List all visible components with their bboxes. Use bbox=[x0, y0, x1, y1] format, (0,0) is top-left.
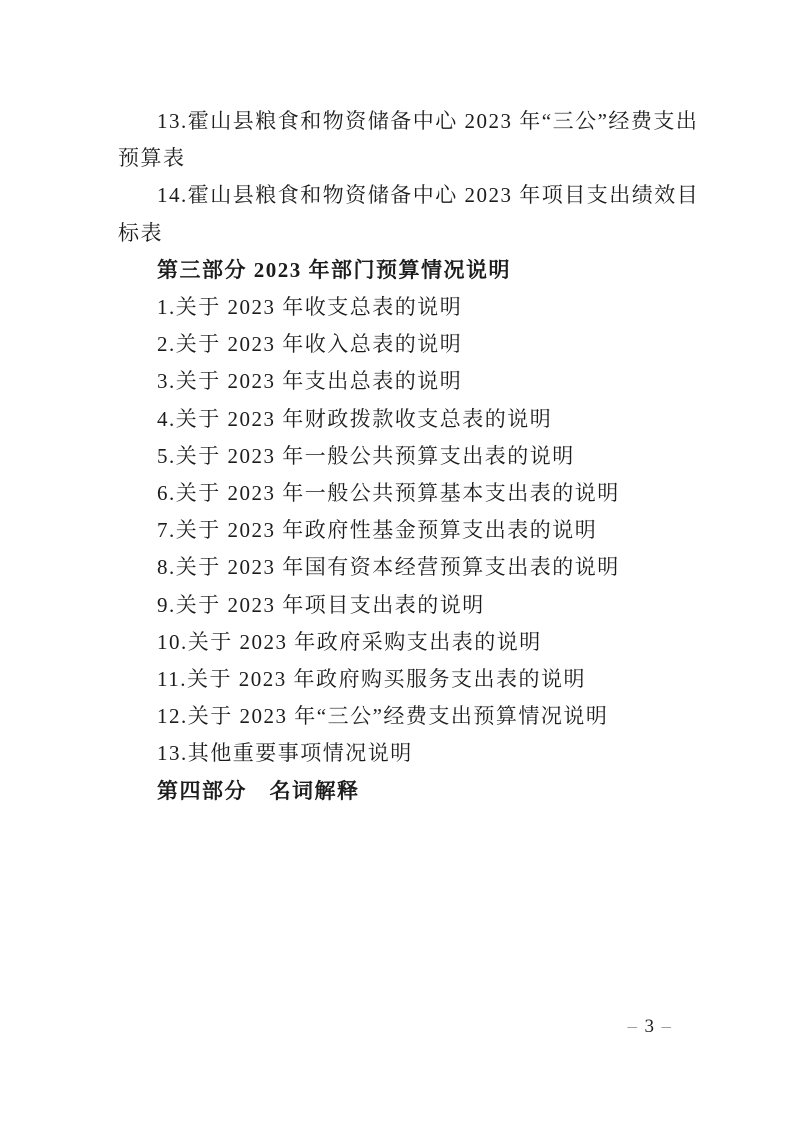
footer-dash-left: – bbox=[628, 1016, 639, 1037]
toc-line: 13.霍山县粮食和物资储备中心 2023 年“三公”经费支出 bbox=[118, 103, 698, 140]
toc-line: 6.关于 2023 年一般公共预算基本支出表的说明 bbox=[118, 475, 698, 512]
toc-line: 14.霍山县粮食和物资储备中心 2023 年项目支出绩效目 bbox=[118, 177, 698, 214]
toc-line: 9.关于 2023 年项目支出表的说明 bbox=[118, 587, 698, 624]
toc-line: 1.关于 2023 年收支总表的说明 bbox=[118, 289, 698, 326]
toc-line: 2.关于 2023 年收入总表的说明 bbox=[118, 326, 698, 363]
toc-line: 10.关于 2023 年政府采购支出表的说明 bbox=[118, 624, 698, 661]
toc-line: 预算表 bbox=[118, 140, 698, 177]
footer-dash-right: – bbox=[662, 1016, 673, 1037]
toc-line: 8.关于 2023 年国有资本经营预算支出表的说明 bbox=[118, 549, 698, 586]
toc-line: 7.关于 2023 年政府性基金预算支出表的说明 bbox=[118, 512, 698, 549]
toc-section-heading: 第四部分 名词解释 bbox=[118, 773, 698, 810]
toc-line: 4.关于 2023 年财政拨款收支总表的说明 bbox=[118, 401, 698, 438]
toc-line: 5.关于 2023 年一般公共预算支出表的说明 bbox=[118, 438, 698, 475]
document-page: 13.霍山县粮食和物资储备中心 2023 年“三公”经费支出预算表14.霍山县粮… bbox=[0, 0, 793, 1122]
toc-line: 12.关于 2023 年“三公”经费支出预算情况说明 bbox=[118, 698, 698, 735]
document-body: 13.霍山县粮食和物资储备中心 2023 年“三公”经费支出预算表14.霍山县粮… bbox=[118, 103, 698, 810]
page-footer: –3– bbox=[600, 1014, 700, 1040]
toc-line: 3.关于 2023 年支出总表的说明 bbox=[118, 363, 698, 400]
toc-section-heading: 第三部分 2023 年部门预算情况说明 bbox=[118, 252, 698, 289]
page-number: 3 bbox=[639, 1016, 662, 1037]
toc-line: 11.关于 2023 年政府购买服务支出表的说明 bbox=[118, 661, 698, 698]
toc-line: 标表 bbox=[118, 215, 698, 252]
toc-line: 13.其他重要事项情况说明 bbox=[118, 735, 698, 772]
